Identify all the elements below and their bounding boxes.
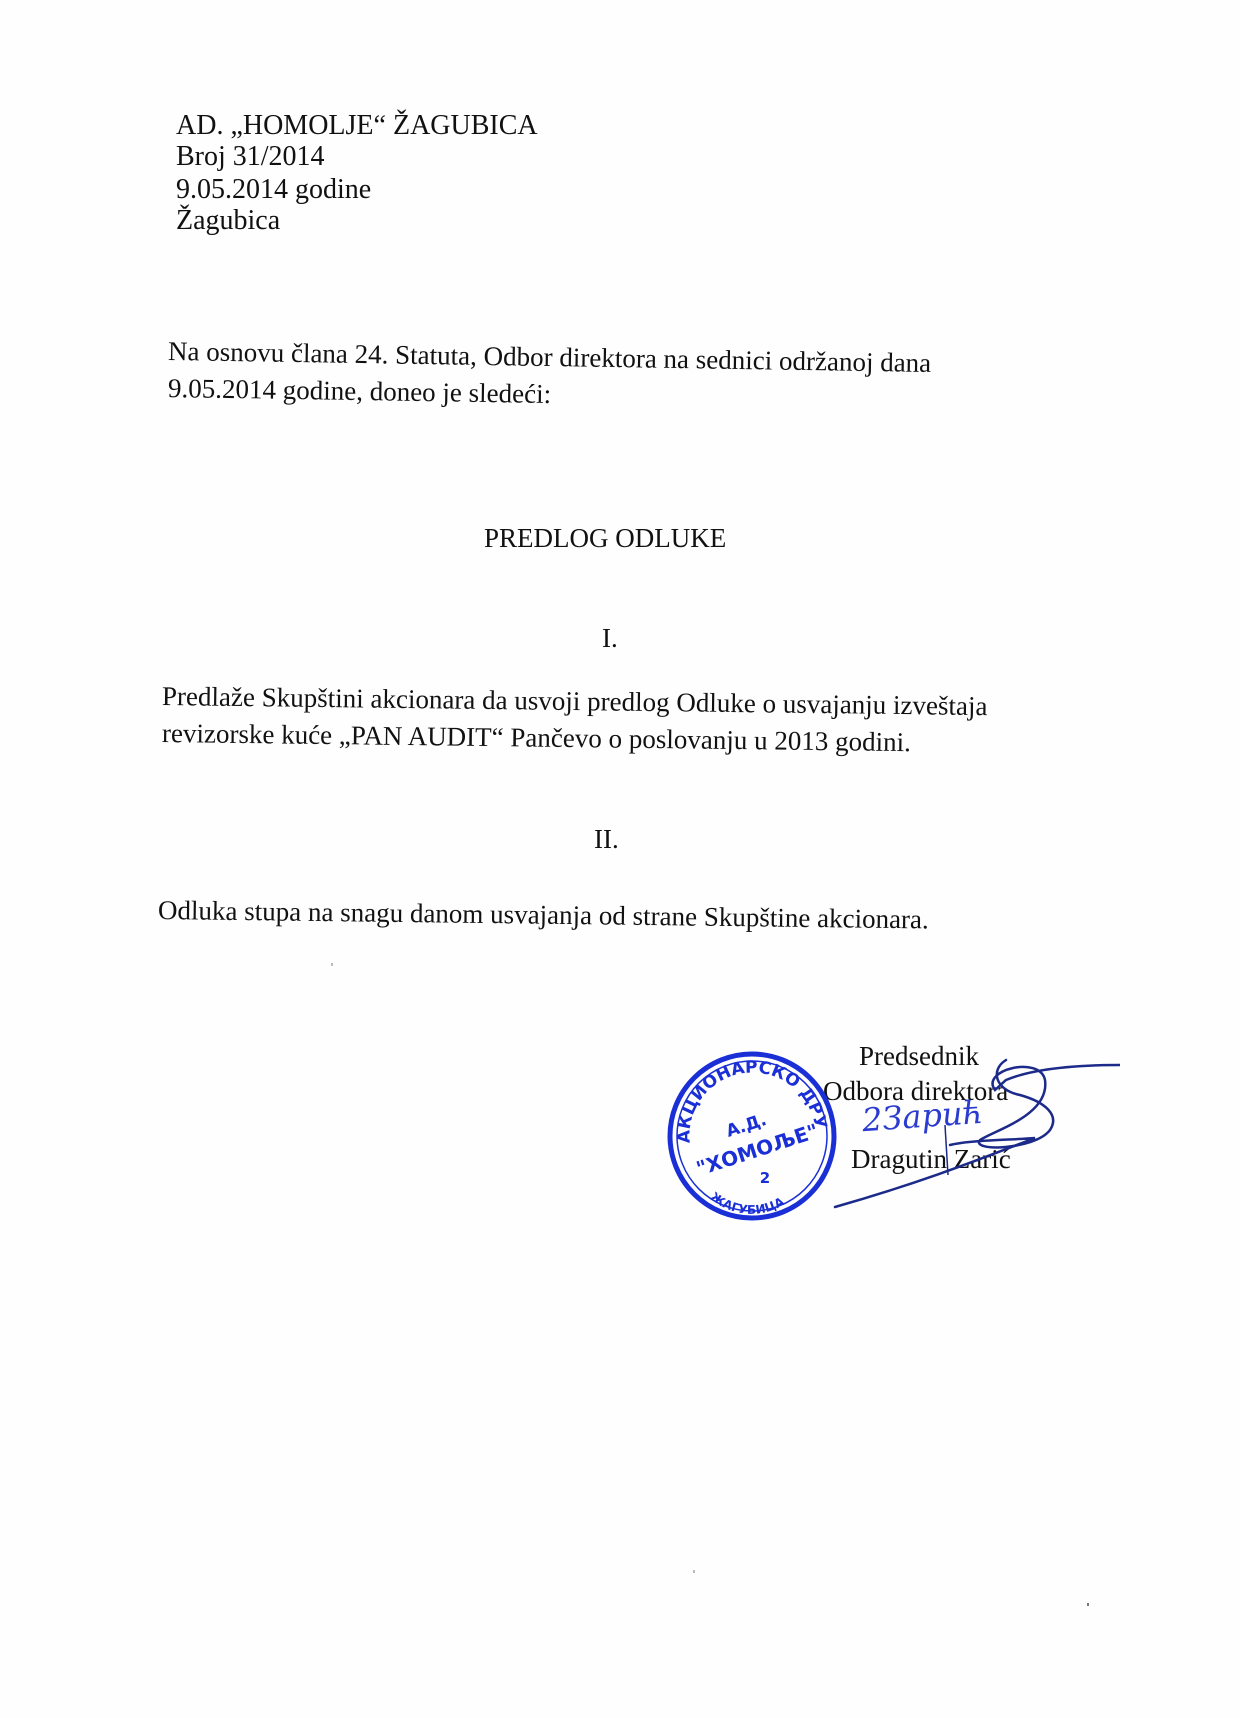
scan-speck (331, 963, 333, 966)
document-place: Žagubica (176, 207, 280, 235)
stamp-inner-line-3: 2 (760, 1169, 770, 1187)
section-2-numeral: II. (594, 826, 619, 853)
section-1-line-1: Predlaže Skupštini akcionara da usvoji p… (162, 683, 988, 720)
scan-speck (1087, 1603, 1089, 1606)
document-title: PREDLOG ODLUKE (484, 525, 1240, 552)
section-2-line-1: Odluka stupa na snagu danom usvajanja od… (158, 897, 929, 933)
document-number: Broj 31/2014 (176, 143, 325, 171)
scan-speck (693, 1570, 695, 1573)
document-date: 9.05.2014 godine (176, 176, 371, 204)
document-page: AD. „HOMOLJE“ ŽAGUBICA Broj 31/2014 9.05… (0, 0, 1240, 1718)
company-stamp-icon: АКЦИОНАРСКО ДРУШТВО ЖАГУБИЦА А.Д. "ХОМОЉ… (665, 1048, 840, 1223)
preamble-line-1: Na osnovu člana 24. Statuta, Odbor direk… (168, 338, 932, 377)
section-1-numeral: I. (602, 625, 618, 652)
section-1-line-2: revizorske kuće „PAN AUDIT“ Pančevo o po… (162, 720, 911, 756)
preamble-line-2: 9.05.2014 godine, doneo je sledeći: (168, 375, 552, 408)
company-name: AD. „HOMOLJE“ ŽAGUBICA (176, 112, 538, 140)
signature-flourish-icon (820, 1040, 1120, 1220)
